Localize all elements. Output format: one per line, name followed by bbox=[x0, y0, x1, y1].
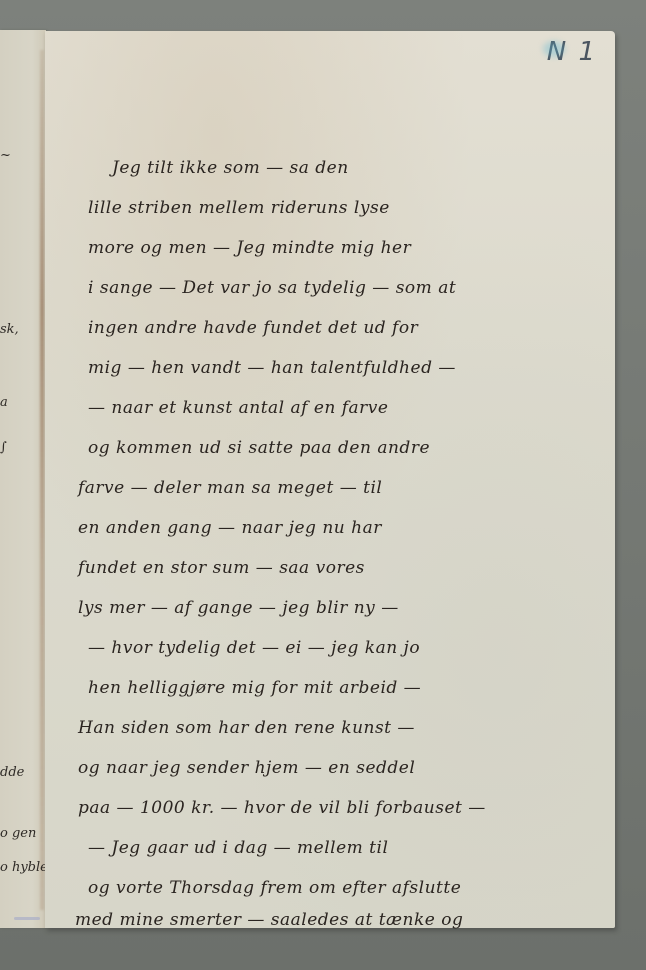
left-page-fragment: dde bbox=[0, 765, 24, 780]
handwritten-line: Jeg tilt ikke som — sa den bbox=[112, 158, 349, 178]
left-page-fragment: a bbox=[0, 395, 8, 410]
handwritten-line: lys mer — af gange — jeg blir ny — bbox=[78, 598, 399, 618]
adjacent-page-left: ~ sk, a ∫ dde o gen o hyble bbox=[0, 30, 46, 928]
handwritten-line: mig — hen vandt — han talentfuldhed — bbox=[88, 358, 456, 378]
page-fold-stain bbox=[40, 50, 44, 910]
handwritten-line: fundet en stor sum — saa vores bbox=[78, 558, 365, 578]
handwritten-line: farve — deler man sa meget — til bbox=[78, 478, 382, 498]
handwritten-line: hen helliggjøre mig for mit arbeid — bbox=[88, 678, 421, 698]
left-page-fragment: ~ bbox=[0, 148, 11, 163]
left-page-fragment: sk, bbox=[0, 322, 19, 337]
handwritten-line: med mine smerter — saaledes at tænke og bbox=[75, 910, 463, 930]
left-page-fragment: ∫ bbox=[0, 440, 7, 455]
handwritten-line: more og men — Jeg mindte mig her bbox=[88, 238, 411, 258]
handwritten-line: og naar jeg sender hjem — en seddel bbox=[78, 758, 415, 778]
handwritten-line: paa — 1000 kr. — hvor de vil bli forbaus… bbox=[78, 798, 486, 818]
manuscript-page: N 1 Jeg tilt ikke som — sa den lille str… bbox=[45, 31, 615, 928]
archive-stamp-mark bbox=[14, 917, 40, 920]
handwritten-line: og vorte Thorsdag frem om efter afslutte bbox=[88, 878, 461, 898]
page-number-marker: N 1 bbox=[547, 37, 597, 67]
handwritten-line: lille striben mellem rideruns lyse bbox=[88, 198, 390, 218]
left-page-fragment: o gen bbox=[0, 826, 36, 841]
handwritten-line: Han siden som har den rene kunst — bbox=[78, 718, 415, 738]
handwritten-line: — Jeg gaar ud i dag — mellem til bbox=[88, 838, 388, 858]
handwritten-line: i sange — Det var jo sa tydelig — som at bbox=[88, 278, 456, 298]
handwritten-line: — naar et kunst antal af en farve bbox=[88, 398, 388, 418]
handwritten-line: ingen andre havde fundet det ud for bbox=[88, 318, 418, 338]
handwritten-line: og kommen ud si satte paa den andre bbox=[88, 438, 430, 458]
handwritten-line: — hvor tydelig det — ei — jeg kan jo bbox=[88, 638, 420, 658]
handwritten-line: en anden gang — naar jeg nu har bbox=[78, 518, 382, 538]
left-page-fragment: o hyble bbox=[0, 860, 48, 875]
